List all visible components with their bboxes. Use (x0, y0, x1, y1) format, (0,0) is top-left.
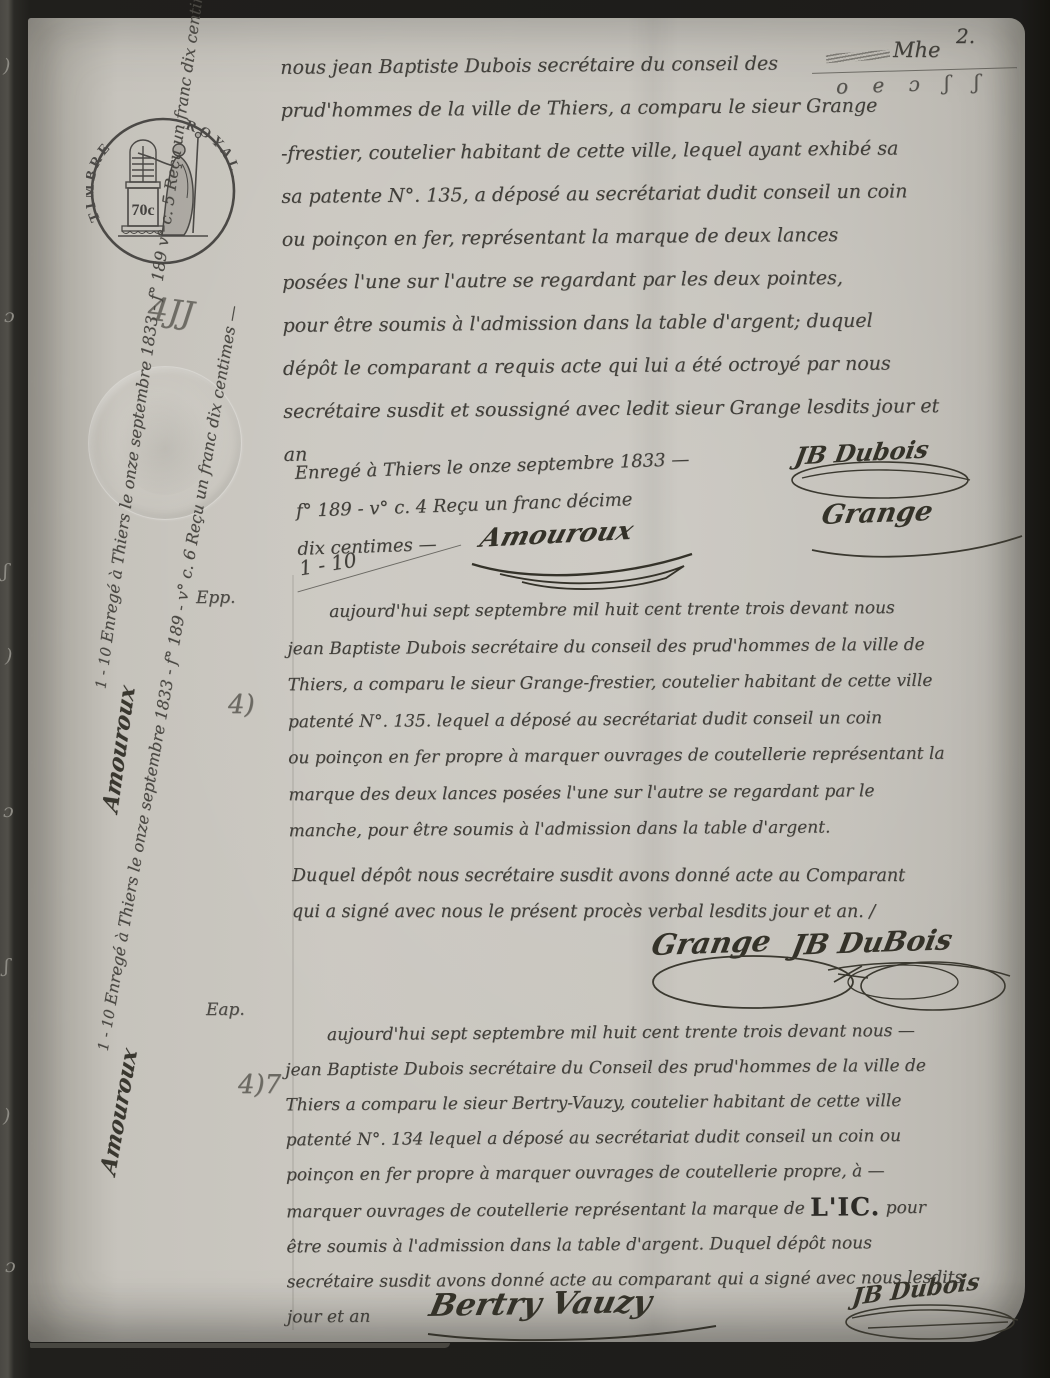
svg-text:TIMBRE: TIMBRE (86, 138, 116, 224)
text-line: Thiers, a comparu le sieur Grange-fresti… (288, 663, 945, 704)
party-signature: Bertry Vauzy (430, 1284, 652, 1324)
edge-ink-mark: ) (3, 55, 10, 77)
margin-paraph-top: 4) (228, 690, 255, 720)
text-line: ou poinçon en fer, représentant la marqu… (282, 213, 938, 262)
edge-ink-mark: ʃ (3, 560, 8, 582)
text-line: Thiers a comparu le sieur Bertry-Vauzy, … (285, 1084, 962, 1124)
collector-signature: Amouroux (482, 520, 631, 550)
text-line: nous jean Baptiste Dubois secrétaire du … (280, 41, 936, 90)
text-line-with-mark: marquer ouvrages de coutellerie représen… (286, 1189, 963, 1231)
paragraph-3: Duquel dépôt nous secrétaire susdit avon… (292, 858, 905, 930)
text-line: aujourd'hui sept septembre mil huit cent… (285, 1014, 962, 1054)
text-line: patenté N°. 134 lequel a déposé au secré… (286, 1119, 963, 1159)
stamp-tablets (126, 140, 160, 188)
text-line: secrétaire susdit et soussigné avec ledi… (283, 385, 939, 434)
text-line: sa patente N°. 135, a déposé au secrétar… (281, 170, 937, 219)
party-signature: Grange (821, 496, 932, 531)
secretary-signature: JB DuBois (791, 923, 952, 962)
edge-ink-mark: ) (3, 1105, 10, 1127)
text-line: qui a signé avec nous le présent procès … (292, 894, 905, 930)
text-line: manche, pour être soumis à l'admission d… (289, 809, 946, 850)
text-line: poinçon en fer propre à marquer ouvrages… (286, 1154, 963, 1194)
text-line: être soumis à l'admission dans la table … (286, 1226, 963, 1266)
maker-mark: L'IC. (810, 1192, 880, 1221)
edge-ink-mark: ɔ (5, 1255, 16, 1277)
edge-ink-mark: ɔ (3, 800, 14, 822)
stamp-arc-left-text: TIMBRE (86, 138, 116, 224)
text-line: jean Baptiste Dubois secrétaire du conse… (287, 626, 944, 667)
text-line: Duquel dépôt nous secrétaire susdit avon… (292, 858, 905, 894)
text-line: patenté N°. 135. lequel a déposé au secr… (288, 699, 945, 740)
margin-note-bottom: Eap. (206, 1000, 245, 1020)
text-line: aujourd'hui sept septembre mil huit cent… (287, 590, 944, 631)
text-line: jean Baptiste Dubois secrétaire du Conse… (285, 1049, 962, 1089)
edge-ink-mark: ɔ (4, 305, 15, 327)
stamp-value: 70c (131, 202, 154, 219)
paragraph-1: nous jean Baptiste Dubois secrétaire du … (280, 41, 940, 477)
page-number: 2. (956, 24, 975, 48)
text-line: -frestier, coutelier habitant de cette v… (281, 127, 937, 176)
text-line: marque des deux lances posées l'une sur … (288, 772, 945, 813)
text-line: ou poinçon en fer propre à marquer ouvra… (288, 736, 945, 777)
text-line: prud'hommes de la ville de Thiers, a com… (281, 84, 937, 133)
text-line: pour être soumis à l'admission dans la t… (282, 299, 938, 348)
paragraph-2: aujourd'hui sept septembre mil huit cent… (287, 590, 945, 850)
edge-ink-mark: ) (5, 645, 12, 667)
text-line: posées l'une sur l'autre se regardant pa… (282, 256, 938, 305)
edge-ink-mark: ʃ (4, 955, 9, 977)
text-line: dépôt le comparant a requis acte qui lui… (283, 342, 939, 391)
party-signature: Grange (651, 924, 771, 962)
page-edge-sliver (30, 1343, 450, 1348)
scanned-page: ) ɔ ʃ ) ɔ ʃ ) ɔ 2. Mhe o e ɔ ʃ ʃ TIMBRE … (0, 0, 1050, 1378)
margin-paraph-bottom: 4)7 (238, 1070, 281, 1100)
